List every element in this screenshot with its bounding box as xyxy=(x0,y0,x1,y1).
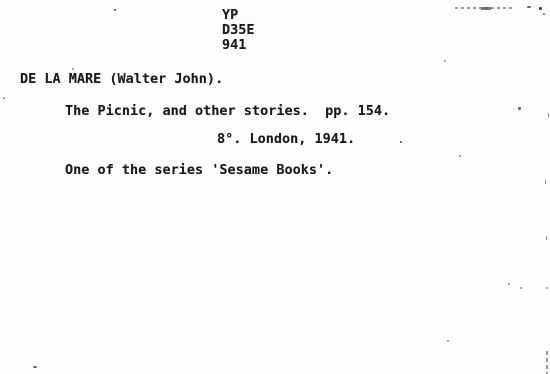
scan-speck xyxy=(459,155,461,157)
title-statement: The Picnic, and other stories. pp. 154. xyxy=(65,103,390,119)
scan-speck xyxy=(444,60,446,62)
shelfmark-line-1: YP xyxy=(222,8,255,23)
imprint-statement: 8°. London, 1941. xyxy=(217,131,355,147)
scan-speck xyxy=(539,7,542,10)
scan-speck xyxy=(518,107,521,110)
author-heading: DE LA MARE (Walter John). xyxy=(20,71,223,87)
catalog-card: YP D35E 941 DE LA MARE (Walter John). Th… xyxy=(0,0,550,374)
shelfmark-block: YP D35E 941 xyxy=(222,8,255,53)
scan-speck xyxy=(33,366,37,368)
scan-speck xyxy=(545,180,546,184)
scan-speck xyxy=(520,287,522,289)
scan-speck xyxy=(546,236,547,240)
shelfmark-line-2: D35E xyxy=(222,23,255,38)
scan-artifact-dash-bold xyxy=(481,7,491,10)
scan-speck xyxy=(400,141,402,143)
shelfmark-line-3: 941 xyxy=(222,38,255,53)
series-note: One of the series 'Sesame Books'. xyxy=(65,162,333,178)
scan-speck xyxy=(3,97,5,99)
scan-speck xyxy=(543,13,545,15)
scan-speck xyxy=(546,287,548,289)
scan-speck xyxy=(114,9,116,11)
scan-speck xyxy=(447,340,449,342)
scan-speck xyxy=(72,68,74,70)
scan-speck xyxy=(548,113,549,117)
scan-speck xyxy=(527,6,531,8)
scan-artifact-dashed-line-bottom-right xyxy=(546,351,548,374)
scan-speck xyxy=(508,283,510,285)
